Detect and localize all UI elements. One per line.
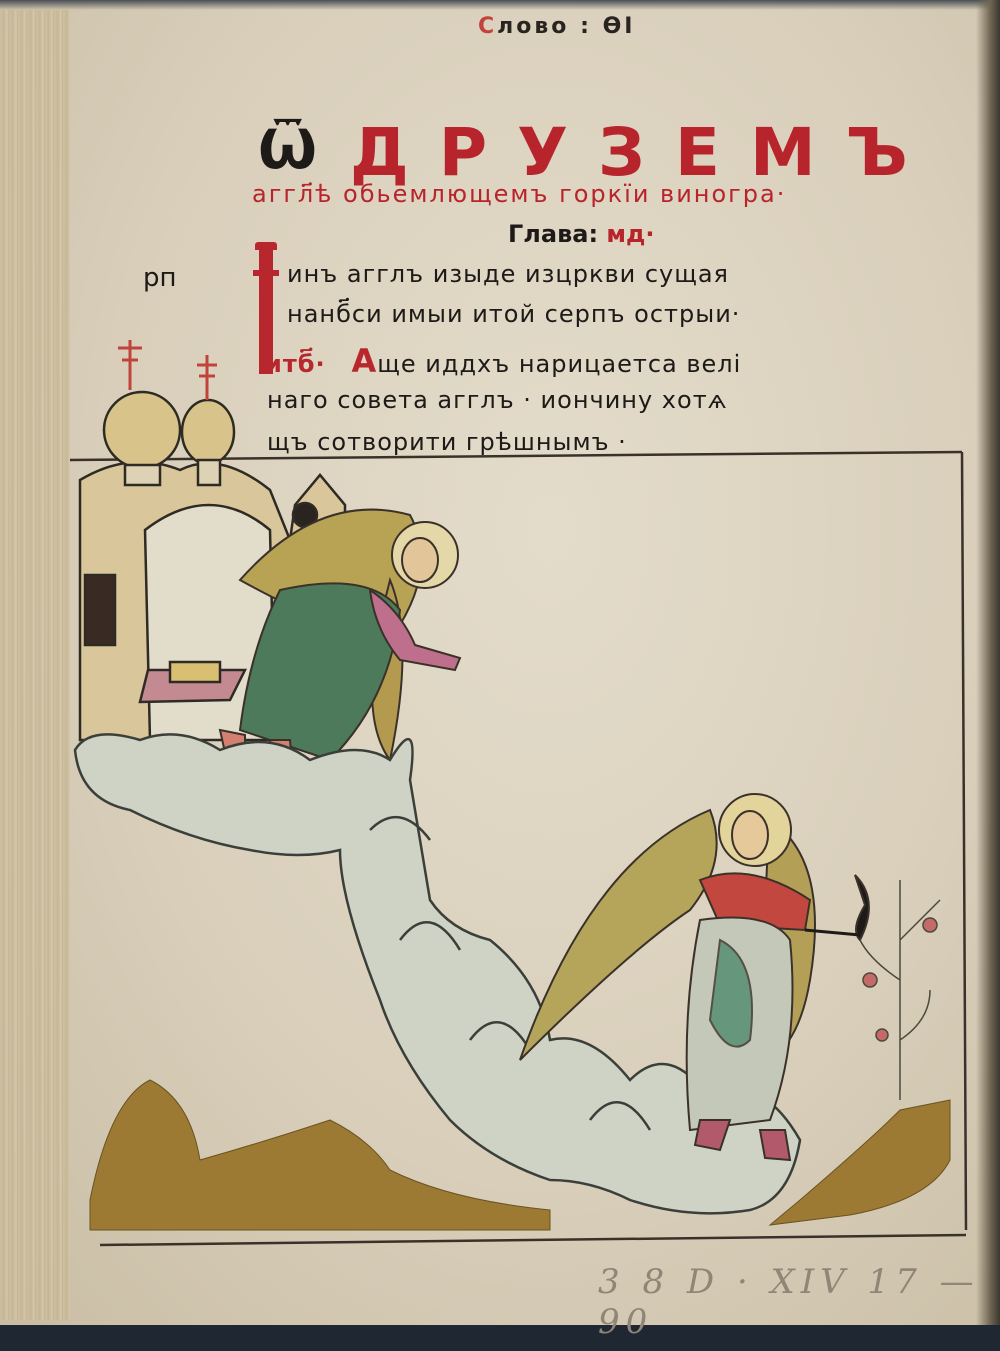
manuscript-page: Слово : ѲІ Ѿ ДРУЗЕМЪ аггл҃ѣ обьемлющемъ …	[0, 0, 1000, 1325]
title-initial: Ѿ	[258, 118, 317, 181]
chapter-heading: Глава: мд·	[508, 220, 655, 248]
folio-number: ѲІ	[603, 14, 636, 39]
page-edges	[0, 10, 70, 1320]
running-head-text: лово	[497, 14, 569, 39]
running-head-separator: :	[580, 14, 592, 39]
vine-icon	[860, 880, 940, 1100]
margin-note: рп	[143, 263, 177, 293]
shelfmark-pencil-note: 3 8 D · XIV 17 — 90	[598, 1262, 1000, 1342]
text-line-2: нанб҃си имыи итой серпъ острыи·	[287, 300, 740, 328]
text-line-1: инъ агглъ изыде изцркви сущая	[287, 260, 729, 288]
running-head: Слово : ѲІ	[478, 14, 635, 39]
subtitle-rubric: аггл҃ѣ обьемлющемъ горкїи виногра·	[252, 180, 786, 208]
binding-shadow	[0, 0, 1000, 10]
chapter-number: мд·	[606, 220, 654, 248]
gutter-shadow	[976, 0, 1000, 1325]
chapter-label: Глава:	[508, 220, 598, 248]
title: Ѿ ДРУЗЕМЪ	[258, 118, 978, 188]
running-head-initial: С	[478, 14, 497, 39]
miniature-illustration	[70, 340, 970, 1260]
